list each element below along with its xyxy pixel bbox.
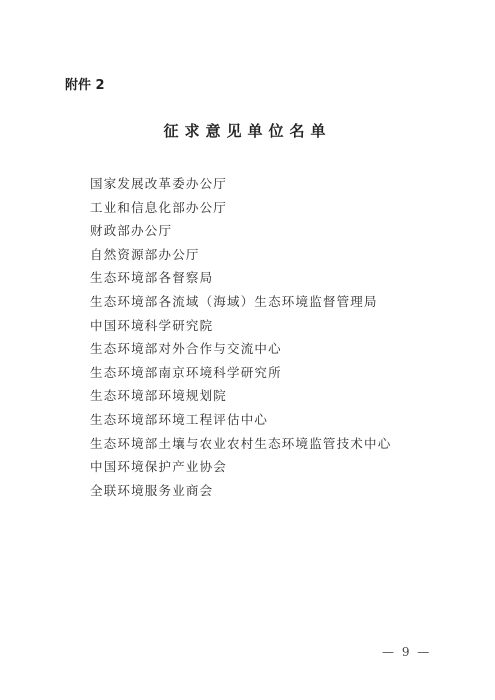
list-item: 生态环境部对外合作与交流中心 [90, 340, 391, 364]
attachment-label: 附件 2 [65, 74, 105, 93]
list-item: 自然资源部办公厅 [90, 246, 391, 270]
list-item: 生态环境部土壤与农业农村生态环境监管技术中心 [90, 435, 391, 459]
list-item: 中国环境科学研究院 [90, 317, 391, 341]
document-title: 征求意见单位名单 [0, 120, 495, 141]
organization-list: 国家发展改革委办公厅 工业和信息化部办公厅 财政部办公厅 自然资源部办公厅 生态… [90, 175, 391, 505]
list-item: 生态环境部各督察局 [90, 269, 391, 293]
page-number: — 9 — [382, 645, 431, 659]
list-item: 生态环境部各流域（海域）生态环境监督管理局 [90, 293, 391, 317]
list-item: 财政部办公厅 [90, 222, 391, 246]
list-item: 生态环境部环境工程评估中心 [90, 411, 391, 435]
list-item: 工业和信息化部办公厅 [90, 199, 391, 223]
list-item: 全联环境服务业商会 [90, 482, 391, 506]
list-item: 中国环境保护产业协会 [90, 458, 391, 482]
list-item: 生态环境部环境规划院 [90, 387, 391, 411]
list-item: 生态环境部南京环境科学研究所 [90, 364, 391, 388]
list-item: 国家发展改革委办公厅 [90, 175, 391, 199]
